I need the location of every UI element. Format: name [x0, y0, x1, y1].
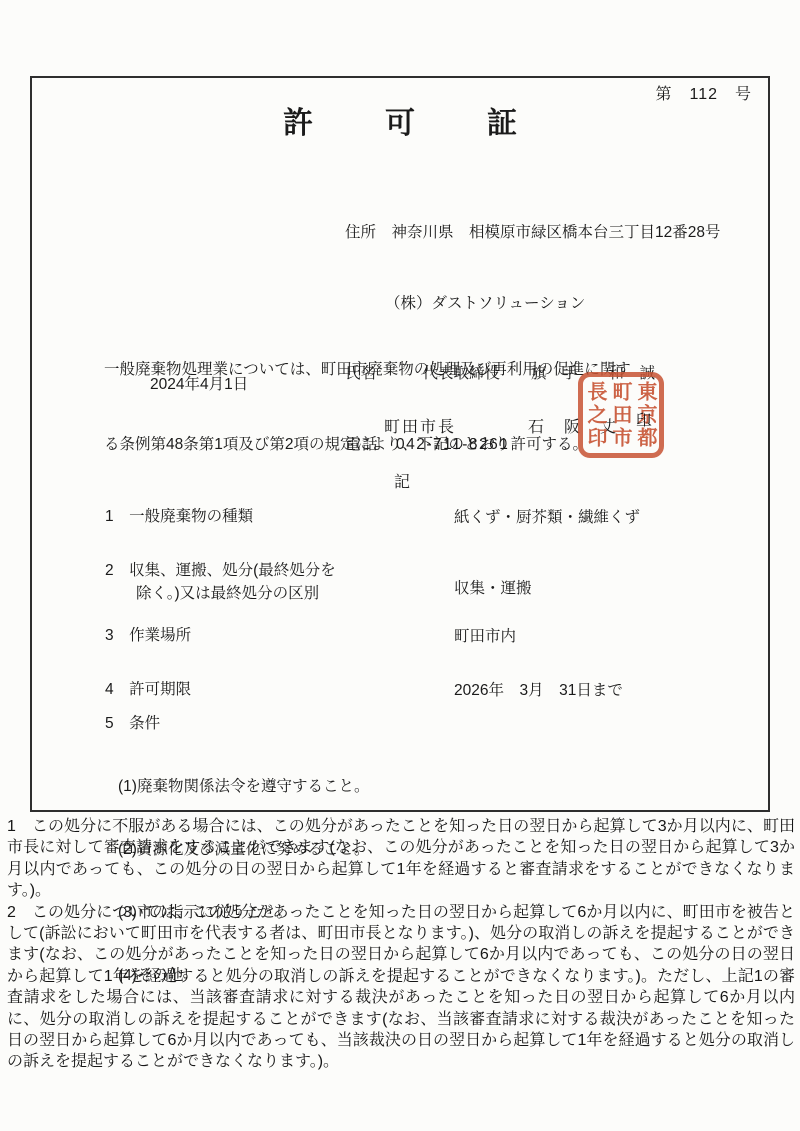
permit-certificate-scan: 第 112 号 許可証 住所 神奈川県 相模原市緑区橋本台三丁目12番28号 （… — [0, 0, 800, 1131]
appeal-instructions: 1 この処分に不服がある場合には、この処分があったことを知った日の翌日から起算し… — [7, 816, 795, 1073]
item-label: 1 一般廃棄物の種類 — [105, 505, 253, 528]
in-seal-mark: 印 — [636, 409, 651, 430]
item-value: 収集・運搬 — [454, 576, 532, 598]
issue-date: 2024年4月1日 — [150, 372, 248, 394]
item-label: 4 許可期限 — [105, 678, 191, 701]
item-value: 町田市内 — [454, 624, 516, 646]
condition-1: (1)廃棄物関係法令を遵守すること。 — [118, 776, 369, 797]
appeal-paragraph-2: 2 この処分については、この処分があったことを知った日の翌日から起算して6か月以… — [7, 902, 795, 1073]
mayor-red-seal: 東京都町田市長之印 — [578, 372, 664, 458]
item-value: 2026年 3月 31日まで — [454, 678, 623, 700]
item-label: 5 条件 — [105, 712, 160, 735]
certificate-border-box: 第 112 号 許可証 住所 神奈川県 相模原市緑区橋本台三丁目12番28号 （… — [30, 76, 770, 812]
item-label: 2 収集、運搬、処分(最終処分を 除く。)又は最終処分の区別 — [105, 559, 336, 605]
ki-heading: 記 — [394, 469, 410, 492]
item-value: 紙くず・厨芥類・繊維くず — [454, 505, 640, 527]
item-label: 3 作業場所 — [105, 624, 191, 647]
appeal-paragraph-1: 1 この処分に不服がある場合には、この処分があったことを知った日の翌日から起算し… — [7, 816, 795, 902]
grant-statement: 一般廃棄物処理業については、町田市廃棄物の処理及び再利用の促進に関す る条例第4… — [104, 307, 631, 507]
recipient-address: 住所 神奈川県 相模原市緑区橋本台三丁目12番28号 — [345, 221, 720, 245]
certificate-title: 許可証 — [32, 98, 768, 142]
